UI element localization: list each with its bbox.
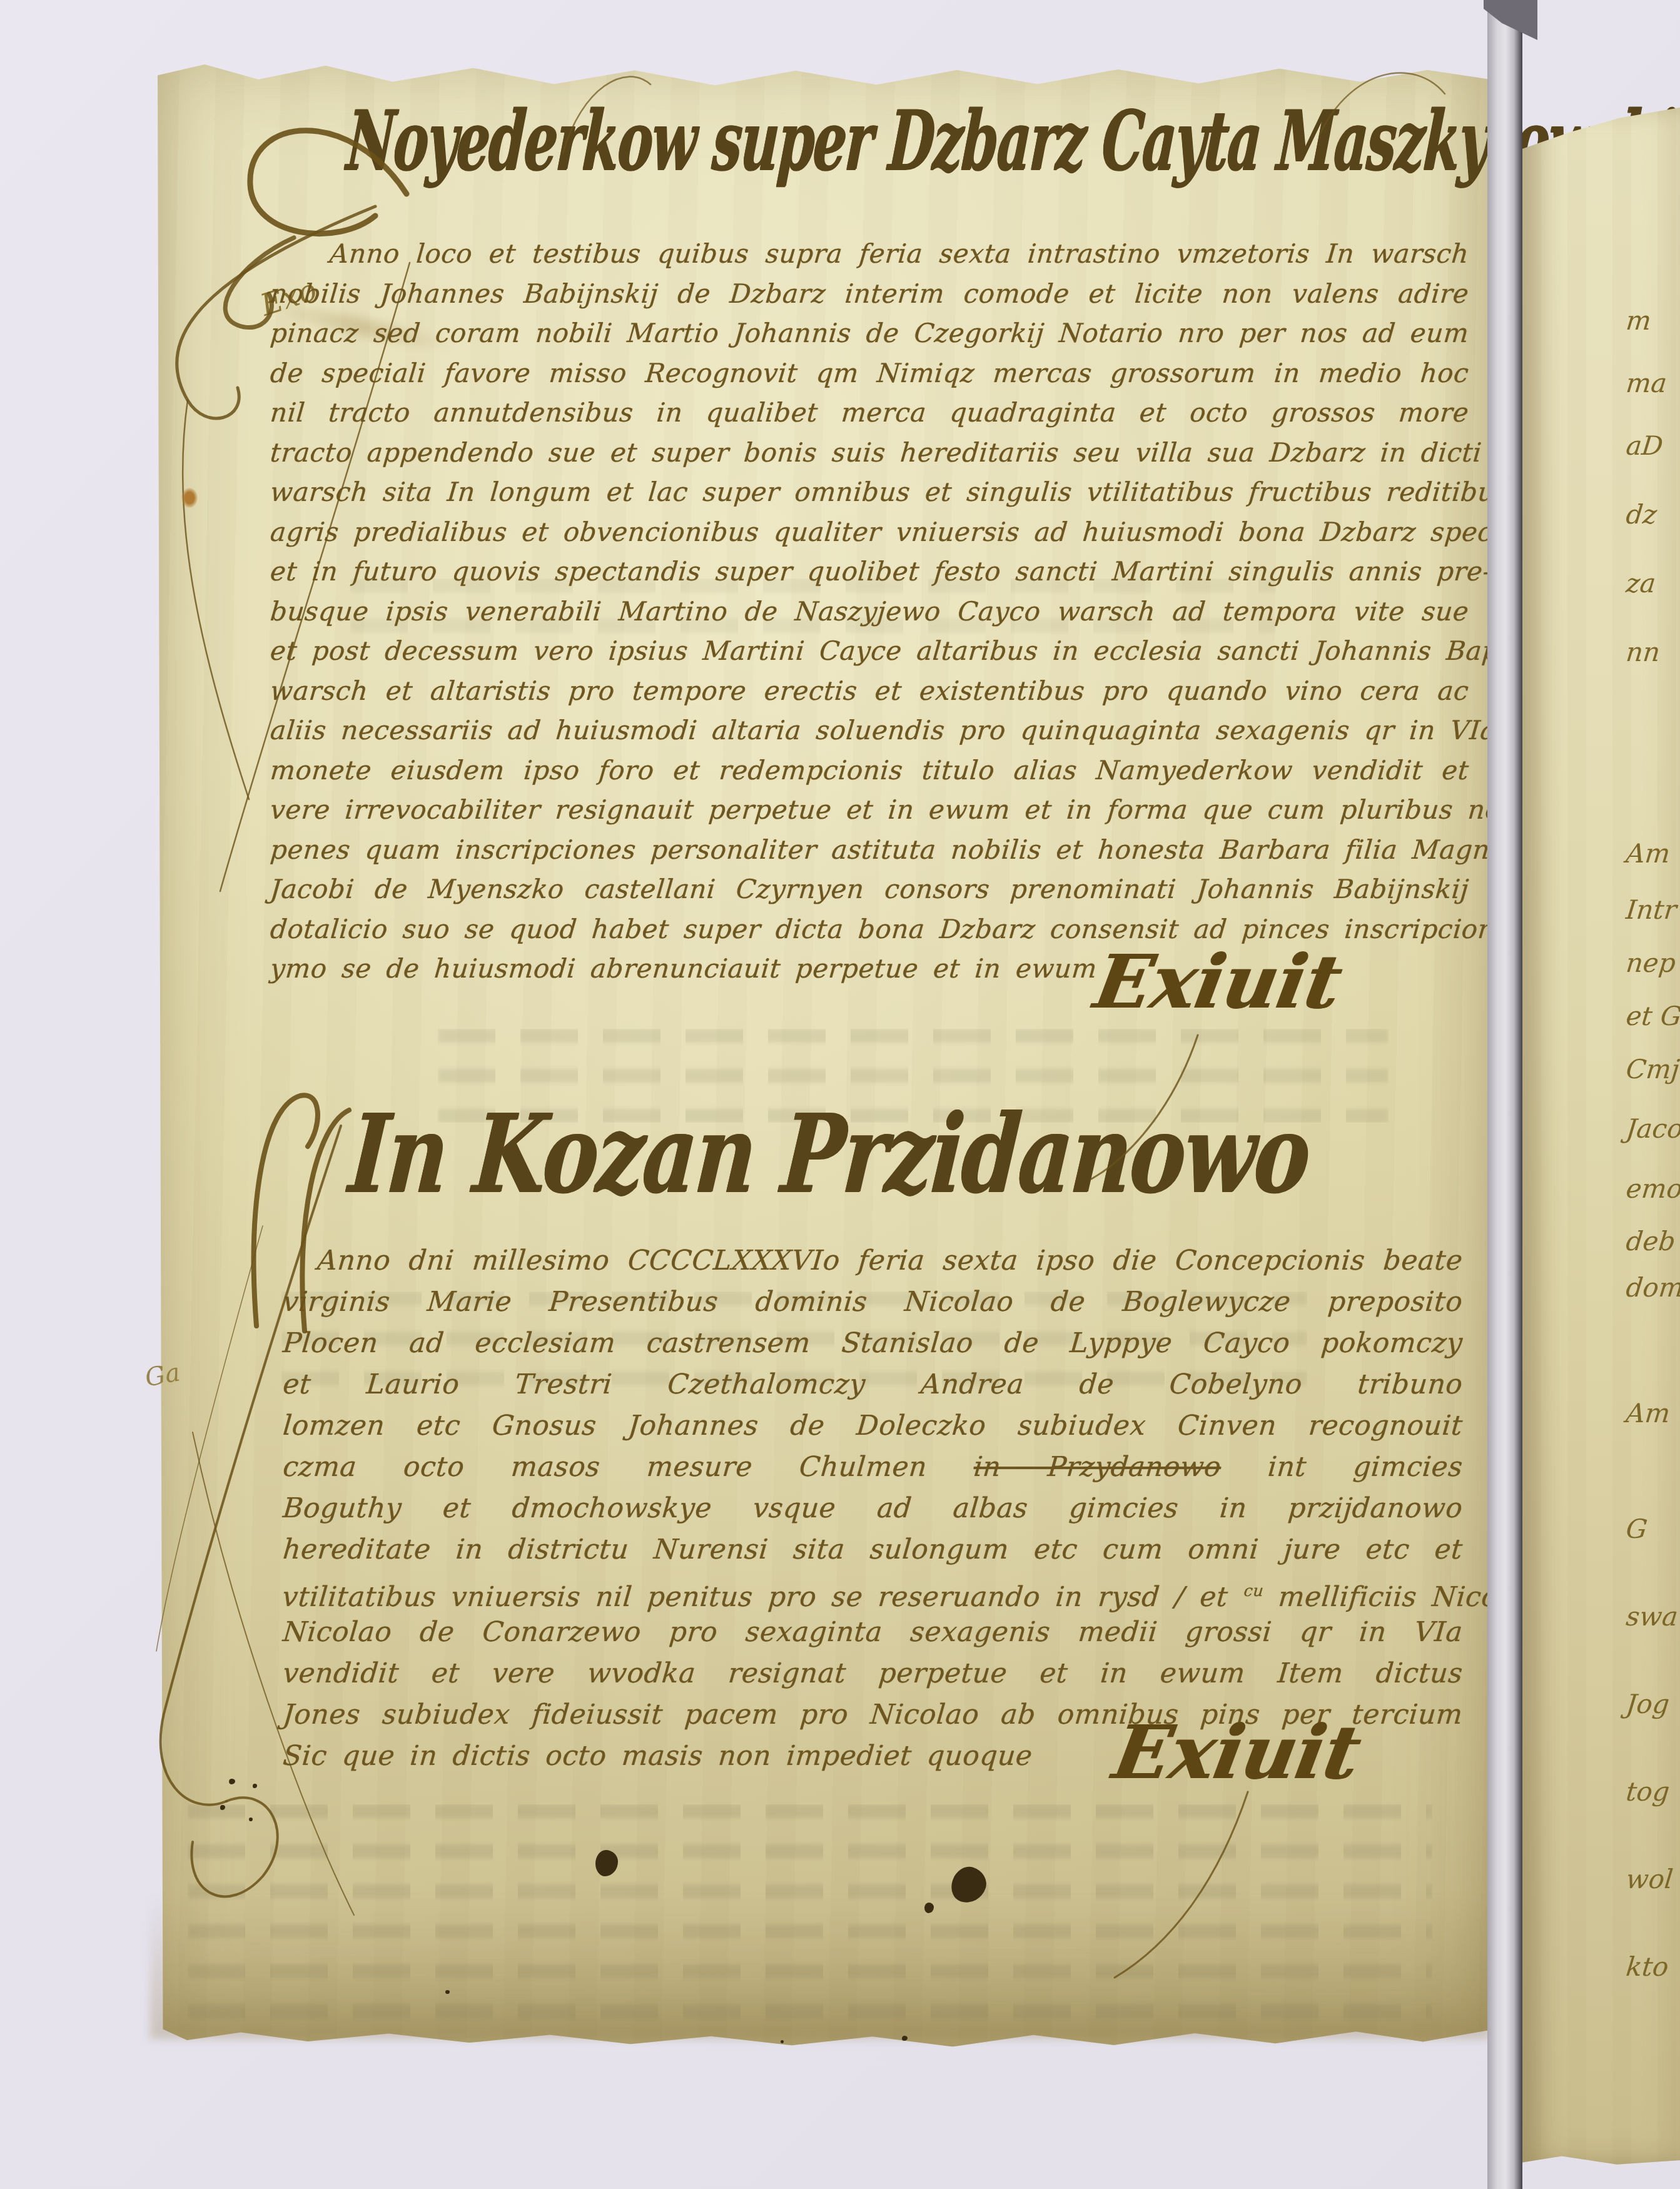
entry2-heading: In Kozan Przidanowo (345, 1089, 1314, 1217)
text-line: virginis Marie Presentibus dominis Nicol… (281, 1285, 1464, 1326)
text-line: vendidit et vere wvodka resignat perpetu… (281, 1656, 1464, 1697)
adjacent-page-text-fragment: dom (1624, 1272, 1680, 1303)
adjacent-page-text-fragment: Cmj (1624, 1054, 1680, 1084)
text-line: agris predialibus et obvencionibus quali… (268, 515, 1470, 555)
adjacent-page-text-fragment: dz (1624, 499, 1658, 530)
adjacent-page-text-fragment: ma (1624, 368, 1668, 398)
text-line: Sic que in dictis octo masis non impedie… (281, 1739, 1040, 1780)
text-line: aliis necessariis ad huiusmodi altaria s… (268, 713, 1470, 753)
text-line: busque ipsis venerabili Martino de Naszy… (268, 594, 1470, 634)
adjacent-page-text-fragment: Jacob (1624, 1113, 1680, 1144)
text-line: de speciali favore misso Recognovit qm N… (268, 356, 1470, 396)
struck-through-text: in Przydanowo (973, 1451, 1223, 1483)
text-line-with-strikethrough: czma octo masos mesure Chulmen in Przyda… (281, 1450, 1464, 1491)
adjacent-page-text-fragment: Am (1624, 838, 1671, 869)
text-line-with-superscript: vtilitatibus vniuersis nil penitus pro s… (281, 1574, 1464, 1615)
adjacent-page-text-fragment: wol (1624, 1864, 1674, 1894)
scanned-manuscript-canvas: m ma aD dz za nn Am Intr nep et G Cmj Ja… (0, 0, 1680, 2189)
text-span: czma octo masos mesure Chulmen (281, 1451, 975, 1483)
adjacent-page-text-fragment: nn (1624, 637, 1661, 667)
adjacent-page-text-fragment: et G (1624, 1001, 1680, 1031)
entry1-body: Anno loco et testibus quibus supra feria… (270, 236, 1469, 991)
text-line: Plocen ad ecclesiam castrensem Stanislao… (281, 1326, 1464, 1367)
text-line: monete eiusdem ipso foro et redempcionis… (268, 753, 1470, 793)
text-line: Boguthy et dmochowskye vsque ad albas gi… (281, 1491, 1464, 1532)
text-span: vtilitatibus vniuersis nil penitus pro s… (281, 1581, 1245, 1613)
text-line: nobilis Johannes Babijnskij de Dzbarz in… (268, 276, 1470, 316)
entry2-exivit-mark: Exiuit (1107, 1709, 1367, 1796)
text-line: et Laurio Trestri Czethalomczy Andrea de… (281, 1367, 1464, 1408)
text-line: Jacobi de Myenszko castellani Czyrnyen c… (268, 872, 1470, 912)
entry2-body: Anno dni millesimo CCCCLXXXVIo feria sex… (283, 1243, 1462, 1780)
text-line: vere irrevocabiliter resignauit perpetue… (268, 792, 1470, 832)
parchment-stain (150, 1895, 1490, 2039)
adjacent-page-text-fragment: emo (1624, 1173, 1680, 1204)
entry1-exivit-mark: Exiuit (1088, 938, 1348, 1025)
adjacent-page-text-fragment: tog (1624, 1776, 1671, 1807)
superscript-correction: cu (1243, 1582, 1264, 1600)
text-line: nil tracto annutdensibus in qualibet mer… (268, 395, 1470, 435)
adjacent-page-text-fragment: nep (1624, 948, 1677, 978)
text-line: et post decessum vero ipsius Martini Cay… (268, 634, 1470, 674)
adjacent-page-text-fragment: m (1624, 305, 1652, 336)
text-line: ymo se de huiusmodi abrenunciauit perpet… (268, 951, 991, 991)
adjacent-page-text-fragment: G (1624, 1514, 1649, 1544)
binding-gutter (1487, 0, 1522, 2189)
adjacent-page-text-fragment: kto (1624, 1951, 1670, 1982)
adjacent-page-edge: m ma aD dz za nn Am Intr nep et G Cmj Ja… (1522, 101, 1680, 2166)
rust-spot (181, 488, 198, 508)
text-line: Nicolao de Conarzewo pro sexaginta sexag… (281, 1615, 1464, 1656)
adjacent-page-text-fragment: Intr (1624, 894, 1678, 925)
adjacent-page-text-fragment: deb (1624, 1226, 1677, 1256)
adjacent-page-text-fragment: Am (1624, 1398, 1671, 1428)
text-line: Anno loco et testibus quibus supra feria… (268, 236, 1470, 276)
adjacent-page-text-fragment: Jog (1624, 1689, 1671, 1719)
text-line: pinacz sed coram nobili Martio Johannis … (268, 316, 1470, 356)
text-line: lomzen etc Gnosus Johannes de Doleczko s… (281, 1408, 1464, 1450)
text-line: tracto appendendo sue et super bonis sui… (268, 435, 1470, 475)
entry2-margin-note: Ga (143, 1358, 182, 1393)
adjacent-page-text-fragment: za (1624, 568, 1657, 599)
text-line: penes quam inscripciones personaliter as… (268, 832, 1470, 872)
adjacent-page-text-fragment: aD (1624, 430, 1664, 461)
text-line: et in futuro quovis spectandis super quo… (268, 554, 1470, 594)
text-span: int gimcies (1220, 1451, 1464, 1483)
entry1-heading: Noyederkow super Dzbarz Cayta Maszkyrows… (344, 93, 1680, 189)
text-line: warsch et altaristis pro tempore erectis… (268, 674, 1470, 714)
text-line: warsch sita In longum et lac super omnib… (268, 475, 1470, 515)
text-line: hereditate in districtu Nurensi sita sul… (281, 1532, 1464, 1574)
adjacent-page-text-fragment: swa (1624, 1601, 1679, 1632)
text-line: Anno dni millesimo CCCCLXXXVIo feria sex… (281, 1243, 1464, 1285)
